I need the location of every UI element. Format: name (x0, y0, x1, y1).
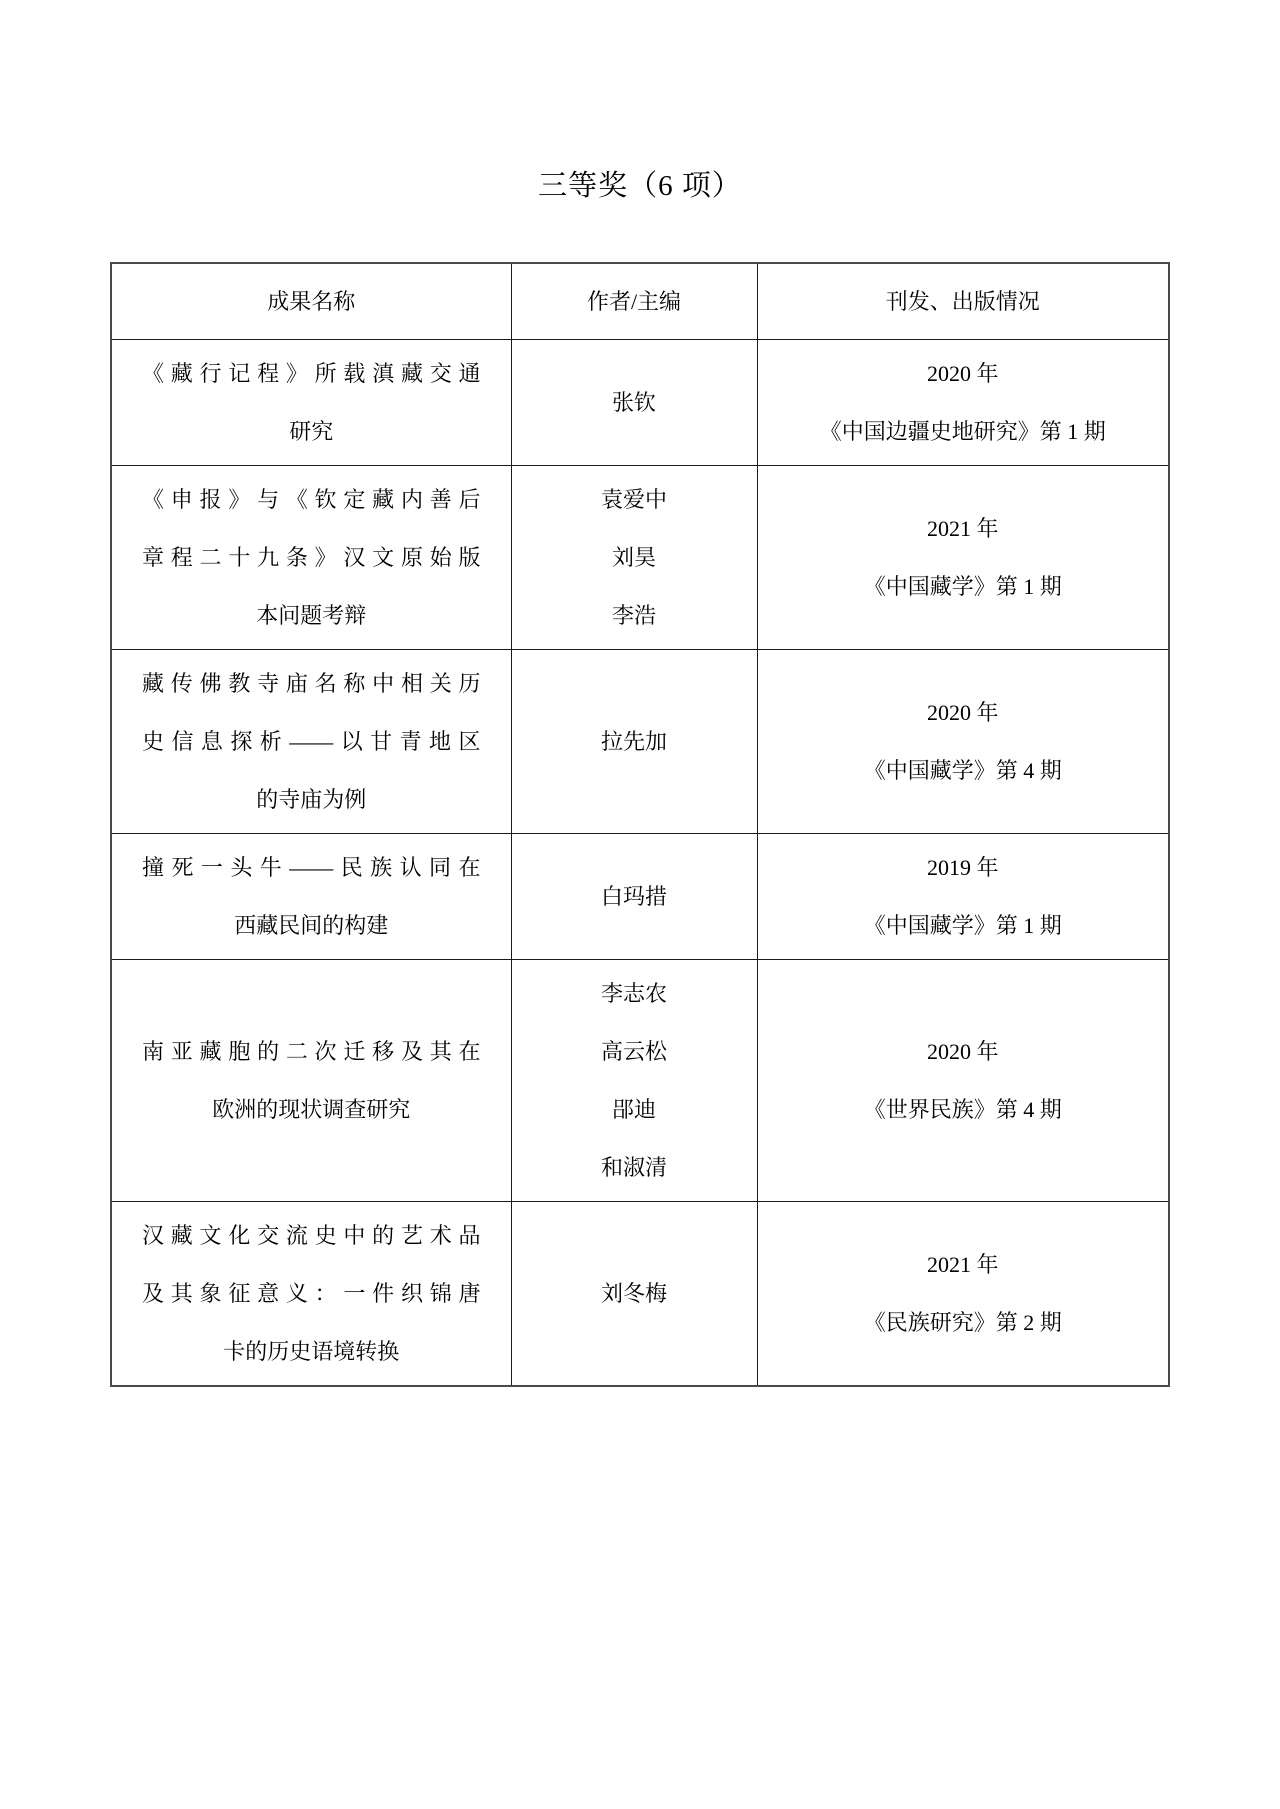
achievement-name-cell: 《申报》与《钦定藏内善后章程二十九条》汉文原始版本问题考辩 (111, 466, 511, 650)
author-line: 拉先加 (522, 718, 747, 765)
publication-line: 2021 年 (772, 1241, 1155, 1288)
author-cell: 白玛措 (511, 834, 757, 960)
author-line: 郘迪 (522, 1086, 747, 1133)
achievement-name-line: 《申报》与《钦定藏内善后 (142, 476, 481, 523)
achievement-name-line: 欧洲的现状调查研究 (142, 1086, 481, 1133)
achievement-name-line: 研究 (142, 408, 481, 455)
publication-line: 《中国藏学》第 4 期 (772, 747, 1155, 794)
column-header-publication-status: 刊发、出版情况 (757, 263, 1169, 340)
author-cell: 李志农高云松郘迪和淑清 (511, 960, 757, 1202)
author-line: 和淑清 (522, 1144, 747, 1191)
publication-cell: 2021 年《中国藏学》第 1 期 (757, 466, 1169, 650)
table-row: 藏传佛教寺庙名称中相关历史信息探析——以甘青地区的寺庙为例拉先加2020 年《中… (111, 650, 1169, 834)
table-row: 撞死一头牛——民族认同在西藏民间的构建白玛措2019 年《中国藏学》第 1 期 (111, 834, 1169, 960)
table-row: 汉藏文化交流史中的艺术品及其象征意义：一件织锦唐卡的历史语境转换刘冬梅2021 … (111, 1202, 1169, 1387)
achievement-name-line: 《藏行记程》所载滇藏交通 (142, 350, 481, 397)
table-body: 《藏行记程》所载滇藏交通研究张钦2020 年《中国边疆史地研究》第 1 期《申报… (111, 340, 1169, 1387)
table-row: 《藏行记程》所载滇藏交通研究张钦2020 年《中国边疆史地研究》第 1 期 (111, 340, 1169, 466)
author-line: 张钦 (522, 379, 747, 426)
publication-line: 《世界民族》第 4 期 (772, 1086, 1155, 1133)
awards-table: 成果名称 作者/主编 刊发、出版情况 《藏行记程》所载滇藏交通研究张钦2020 … (110, 262, 1170, 1387)
achievement-name-cell: 撞死一头牛——民族认同在西藏民间的构建 (111, 834, 511, 960)
achievement-name-line: 卡的历史语境转换 (142, 1328, 481, 1375)
publication-cell: 2021 年《民族研究》第 2 期 (757, 1202, 1169, 1387)
author-line: 白玛措 (522, 873, 747, 920)
table-row: 《申报》与《钦定藏内善后章程二十九条》汉文原始版本问题考辩袁爱中刘昊李浩2021… (111, 466, 1169, 650)
achievement-name-line: 本问题考辩 (142, 592, 481, 639)
publication-cell: 2020 年《世界民族》第 4 期 (757, 960, 1169, 1202)
publication-line: 《民族研究》第 2 期 (772, 1299, 1155, 1346)
publication-line: 2020 年 (772, 1028, 1155, 1075)
author-cell: 刘冬梅 (511, 1202, 757, 1387)
achievement-name-line: 史信息探析——以甘青地区 (142, 718, 481, 765)
achievement-name-cell: 汉藏文化交流史中的艺术品及其象征意义：一件织锦唐卡的历史语境转换 (111, 1202, 511, 1387)
publication-cell: 2020 年《中国藏学》第 4 期 (757, 650, 1169, 834)
author-cell: 张钦 (511, 340, 757, 466)
achievement-name-line: 藏传佛教寺庙名称中相关历 (142, 660, 481, 707)
author-cell: 拉先加 (511, 650, 757, 834)
achievement-name-cell: 南亚藏胞的二次迁移及其在欧洲的现状调查研究 (111, 960, 511, 1202)
document-page: 三等奖（6 项） 成果名称 作者/主编 刊发、出版情况 《藏行记程》所载滇藏交通… (0, 0, 1280, 1809)
achievement-name-cell: 藏传佛教寺庙名称中相关历史信息探析——以甘青地区的寺庙为例 (111, 650, 511, 834)
achievement-name-line: 南亚藏胞的二次迁移及其在 (142, 1028, 481, 1075)
publication-line: 《中国藏学》第 1 期 (772, 902, 1155, 949)
achievement-name-line: 西藏民间的构建 (142, 902, 481, 949)
author-line: 高云松 (522, 1028, 747, 1075)
author-line: 李志农 (522, 970, 747, 1017)
table-header-row: 成果名称 作者/主编 刊发、出版情况 (111, 263, 1169, 340)
publication-cell: 2019 年《中国藏学》第 1 期 (757, 834, 1169, 960)
publication-line: 2021 年 (772, 505, 1155, 552)
publication-line: 2020 年 (772, 350, 1155, 397)
column-header-author-editor: 作者/主编 (511, 263, 757, 340)
achievement-name-line: 及其象征意义：一件织锦唐 (142, 1270, 481, 1317)
publication-cell: 2020 年《中国边疆史地研究》第 1 期 (757, 340, 1169, 466)
author-line: 袁爱中 (522, 476, 747, 523)
author-line: 刘冬梅 (522, 1270, 747, 1317)
publication-line: 《中国边疆史地研究》第 1 期 (772, 408, 1155, 455)
author-line: 李浩 (522, 592, 747, 639)
achievement-name-line: 章程二十九条》汉文原始版 (142, 534, 481, 581)
page-title: 三等奖（6 项） (0, 0, 1280, 206)
achievement-name-line: 汉藏文化交流史中的艺术品 (142, 1212, 481, 1259)
achievement-name-cell: 《藏行记程》所载滇藏交通研究 (111, 340, 511, 466)
column-header-achievement-name: 成果名称 (111, 263, 511, 340)
author-cell: 袁爱中刘昊李浩 (511, 466, 757, 650)
achievement-name-line: 的寺庙为例 (142, 776, 481, 823)
author-line: 刘昊 (522, 534, 747, 581)
achievement-name-line: 撞死一头牛——民族认同在 (142, 844, 481, 891)
publication-line: 《中国藏学》第 1 期 (772, 563, 1155, 610)
publication-line: 2019 年 (772, 844, 1155, 891)
table-row: 南亚藏胞的二次迁移及其在欧洲的现状调查研究李志农高云松郘迪和淑清2020 年《世… (111, 960, 1169, 1202)
publication-line: 2020 年 (772, 689, 1155, 736)
